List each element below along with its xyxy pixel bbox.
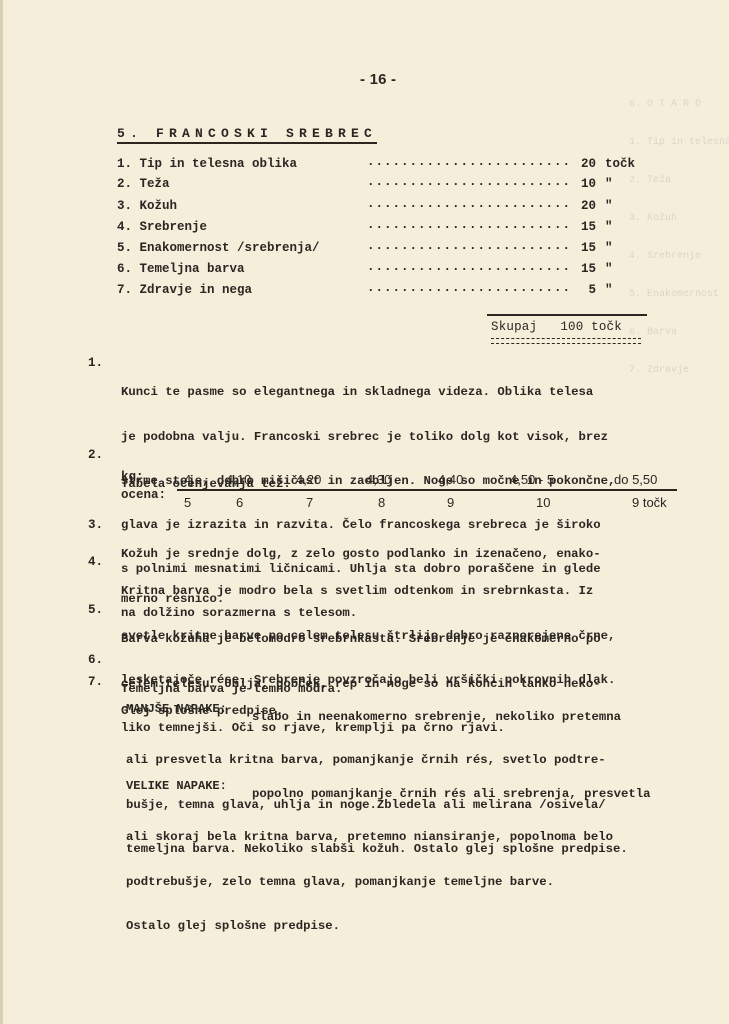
weight-grade-value: 10 — [536, 495, 550, 510]
weight-kg-value: 4,20 — [296, 472, 321, 487]
grade-label: ocena: — [121, 488, 166, 502]
kg-label: kg: — [121, 470, 144, 484]
criterion-label: 4. Srebrenje — [117, 220, 207, 234]
weight-grade-value: 5 — [184, 495, 191, 510]
weight-grade-value: 8 — [378, 495, 385, 510]
dot-leader: ........................ — [367, 155, 572, 169]
text-line: ali presvetla kritna barva, pomanjkanje … — [126, 753, 726, 768]
point-number: 5. — [88, 603, 103, 617]
text-line: Barva kožuha je belomodro srebrnkasta. S… — [121, 632, 721, 647]
weight-kg-value: 4,50 - 5 — [510, 472, 554, 487]
points-unit: " — [605, 241, 613, 255]
score-row: 2. Teža........................10" — [117, 177, 647, 195]
criterion-label: 7. Zdravje in nega — [117, 283, 252, 297]
weight-kg-value: 4,30 — [366, 472, 391, 487]
score-row: 5. Enakomernost /srebrenja/.............… — [117, 241, 647, 259]
points-unit: " — [605, 177, 613, 191]
page-number: - 16 - — [360, 73, 396, 87]
text-line: je podobna valju. Francoski srebrec je t… — [121, 430, 721, 445]
score-row: 6. Temeljna barva.......................… — [117, 262, 647, 280]
fraction-line — [177, 489, 677, 491]
weight-grade-value: 9 — [447, 495, 454, 510]
weight-grade-value: 9 točk — [632, 495, 667, 510]
criterion-points: 15 — [572, 220, 596, 234]
criterion-points: 15 — [572, 241, 596, 255]
total-points: 100 — [560, 320, 583, 334]
criterion-points: 20 — [572, 157, 596, 171]
dot-leader: ........................ — [367, 218, 572, 232]
weight-grade-value: 6 — [236, 495, 243, 510]
point-number: 7. — [88, 675, 103, 689]
criterion-label: 1. Tip in telesna oblika — [117, 157, 297, 171]
point-number: 4. — [88, 555, 103, 569]
minor-faults-heading: MANJŠE NAPAKE: — [126, 702, 227, 716]
score-row: 3. Kožuh........................20" — [117, 199, 647, 217]
point-number: 3. — [88, 518, 103, 532]
score-row: 1. Tip in telesna oblika................… — [117, 157, 647, 175]
criterion-points: 15 — [572, 262, 596, 276]
weight-kg-value: 4 — [184, 472, 191, 487]
weight-kg-value: 4,10 — [226, 472, 251, 487]
points-unit: točk — [605, 157, 635, 171]
point-number: 2. — [88, 448, 103, 462]
point-number: 1. — [88, 356, 103, 370]
criterion-label: 5. Enakomernost /srebrenja/ — [117, 241, 320, 255]
points-unit: " — [605, 262, 613, 276]
total-unit: točk — [591, 320, 622, 334]
points-unit: " — [605, 283, 613, 297]
text-line: podtrebušje, zelo temna glava, pomanjkan… — [126, 875, 726, 890]
major-faults-heading: VELIKE NAPAKE: — [126, 779, 227, 793]
criterion-points: 20 — [572, 199, 596, 213]
weight-kg-value: do 5,50 — [614, 472, 657, 487]
total-double-rule — [491, 338, 641, 344]
total-rule — [487, 314, 647, 316]
dot-leader: ........................ — [367, 197, 572, 211]
total-label: Skupaj — [491, 320, 537, 334]
criterion-label: 3. Kožuh — [117, 199, 177, 213]
points-unit: " — [605, 220, 613, 234]
criterion-points: 5 — [572, 283, 596, 297]
criterion-label: 2. Teža — [117, 177, 170, 191]
criterion-points: 10 — [572, 177, 596, 191]
major-faults-first-line: popolno pomanjkanje črnih rés ali srebre… — [252, 787, 722, 802]
dot-leader: ........................ — [367, 239, 572, 253]
dot-leader: ........................ — [367, 281, 572, 295]
dot-leader: ........................ — [367, 260, 572, 274]
dot-leader: ........................ — [367, 175, 572, 189]
weight-kg-value: 4,40 — [438, 472, 463, 487]
text-line: Ostalo glej splošne predpise. — [126, 919, 726, 934]
document-page: 6. O T A R D 1. Tip in telesna 2. Teža 3… — [0, 0, 729, 1024]
score-row: 7. Zdravje in nega......................… — [117, 283, 647, 301]
section-title: 5. FRANCOSKI SREBREC — [117, 127, 377, 144]
total-row: Skupaj 100 točk — [491, 320, 622, 334]
points-unit: " — [605, 199, 613, 213]
minor-faults-first-line: slabo in neenakomerno srebrenje, nekolik… — [252, 710, 722, 725]
text-line: ali skoraj bela kritna barva, pretemno n… — [126, 830, 726, 845]
point-number: 6. — [88, 653, 103, 667]
criterion-label: 6. Temeljna barva — [117, 262, 245, 276]
text-line: Kritna barva je modro bela s svetlim odt… — [121, 584, 721, 599]
weight-grade-value: 7 — [306, 495, 313, 510]
major-faults-text: ali skoraj bela kritna barva, pretemno n… — [126, 801, 726, 963]
text-line: Kunci te pasme so elegantnega in skladne… — [121, 385, 721, 400]
score-row: 4. Srebrenje........................15" — [117, 220, 647, 238]
